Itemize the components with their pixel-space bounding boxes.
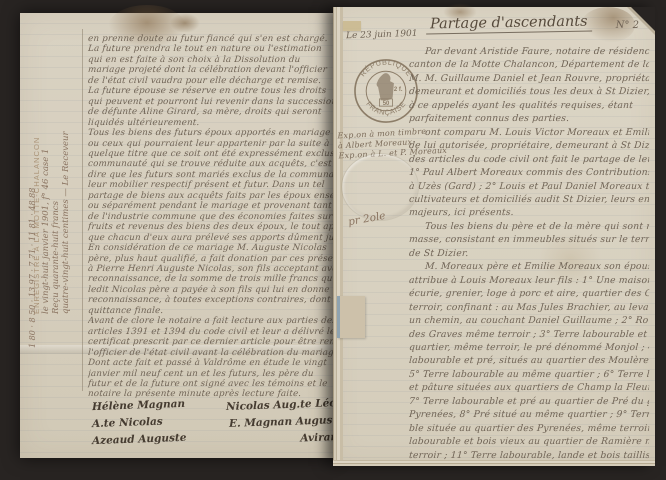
left-page: Enregistré à LA MOTTE-CHALANCON le vingt… (20, 13, 333, 458)
registration-stamp-line: quatre-vingt-huit centimes — Le Receveur (61, 22, 71, 314)
manuscript-line: masse, consistant en immeubles situés su… (409, 233, 650, 246)
manuscript-line: Dont acte fait et passé à Valdrôme en ét… (88, 358, 337, 368)
manuscript-line: en prenne doute au futur fiancé qui s'en… (88, 34, 337, 44)
manuscript-line: et pâture situées aux quartiers de Champ… (409, 381, 650, 394)
manuscript-line: reconnaissance, de la somme de trois mil… (88, 274, 337, 284)
manuscript-line: majeurs, ici présents. (409, 206, 650, 219)
registration-figures: 1 80 · 8 50 · 13 97 · 7 71 · 11 81 · 48 … (28, 224, 50, 348)
stamp-value-top: 2 f. (394, 87, 403, 93)
manuscript-line: La future épouse se réserve en outre tou… (88, 86, 337, 96)
manuscript-line: des articles du code civil ont fait le p… (409, 153, 650, 166)
manuscript-line: labourable et bois vieux au quartier de … (409, 435, 650, 448)
manuscript-line: cultivateurs et domiciliés audit St Dizi… (409, 193, 650, 206)
manuscript-line: qui en est faite à son choix à la Dissol… (88, 55, 337, 65)
page-title-text: Partage d'ascendants (426, 14, 592, 35)
manuscript-line: quelque titre que ce soit ont été expres… (88, 149, 337, 159)
stacked-page-edges (333, 7, 343, 466)
right-page: Partage d'ascendants N° 2 Le 23 juin 190… (333, 7, 655, 466)
left-page-text: en prenne doute au futur fiancé qui s'en… (88, 34, 336, 400)
signature-block: Hélène MagnanNicolas Aug.te LéonA.te Nic… (92, 399, 344, 445)
manuscript-line: fruits et revenus des biens des deux épo… (88, 222, 337, 232)
registration-stamp-line: Reçu quarante-huit francs (51, 22, 61, 314)
signature: Avirans (225, 431, 344, 447)
manuscript-line: des Graves même terroir ; 3° Terre labou… (409, 328, 650, 341)
manuscript-line: labourable et pré, situés au quartier de… (409, 354, 650, 367)
manuscript-line: canton de la Motte Chalancon, Départemen… (409, 58, 650, 71)
manuscript-line: futur et de la future ont signé avec les… (88, 379, 337, 389)
page-number: N° 2 (616, 20, 639, 31)
manuscript-line: écurie, grenier, loge à porc et aire, qu… (409, 287, 650, 300)
tape-fragment (343, 21, 361, 31)
tape-patch (337, 296, 365, 338)
manuscript-line: ble située au quartier des Pyrenées, mêm… (409, 422, 650, 435)
manuscript-line: ledit Nicolas père a payée à son fils qu… (88, 285, 337, 295)
stamp-figure (377, 73, 394, 100)
manuscript-line: liquidés ultérieurement. (88, 118, 337, 128)
margin-paraph: pr 2ole (347, 210, 386, 228)
manuscript-line: ou ceux qui pourraient leur appartenir p… (88, 139, 337, 149)
manuscript-line: attribue à Louis Moreaux leur fils : 1° … (409, 274, 650, 287)
manuscript-line: terroir ; 11° Terre labourable, lande et… (409, 449, 650, 462)
manuscript-line: qui peuvent et pourront lui revenir dans… (88, 97, 337, 107)
manuscript-line: Avant de clore le notaire a fait lecture… (88, 316, 337, 326)
stamp-value-bottom: 50 (383, 101, 390, 107)
manuscript-line: un chemin, au couchant Daniel Guillaume … (409, 314, 650, 327)
manuscript-line: l'officier de l'état civil avant la célé… (88, 348, 337, 358)
manuscript-line: à ce appelés ayant les qualités requises… (409, 99, 650, 112)
manuscript-line: partage de biens aux acquêts faits par l… (88, 191, 337, 201)
manuscript-line: parfaitement connus des parties. (409, 112, 650, 125)
manuscript-line: articles 1391 et 1394 du code civil et l… (88, 327, 337, 337)
manuscript-line: à Uzès (Gard) ; 2° Louis et Paul Daniel … (409, 180, 650, 193)
manuscript-line: quartier, même terroir, le pré dénommé M… (409, 341, 650, 354)
manuscript-line: M. Moreaux père et Emilie Moreaux son ép… (409, 260, 650, 273)
ink-stain (170, 13, 200, 33)
document-date: Le 23 juin 1901 (346, 29, 418, 41)
manuscript-line: à Pierre Henri Auguste Nicolas, son fils… (88, 264, 337, 274)
manuscript-line: En considération de ce mariage M. August… (88, 243, 337, 253)
manuscript-line: Par devant Aristide Faure, notaire de ré… (409, 45, 650, 58)
signature: Hélène Magnan (92, 397, 211, 413)
manuscript-line: Tous les biens des futurs époux apportés… (88, 128, 337, 138)
manuscript-line: dire que les futurs sont mariés exclus d… (88, 170, 337, 180)
manuscript-line: reconnaissance, à toutes exceptions cont… (88, 295, 337, 305)
signature: E. Magnan Auguste (225, 414, 344, 430)
manuscript-line: ont comparu M. Louis Victor Moreaux et E… (409, 126, 650, 139)
manuscript-line: demeurant et domiciliés tous les deux à … (409, 85, 650, 98)
manuscript-line: La future prendra le tout en nature ou l… (88, 44, 337, 54)
signature: Azeaud Auguste (92, 431, 211, 447)
page-title: Partage d'ascendants (421, 15, 597, 33)
signature: Nicolas Aug.te Léon (225, 397, 344, 413)
manuscript-line: que chacun d'eux aura prélevé ses apport… (88, 233, 337, 243)
manuscript-line: de défunte Aline Girard, sa mère, droits… (88, 107, 337, 117)
manuscript-line: Tous les biens du père et de la mère qui… (409, 220, 650, 233)
signature: A.te Nicolas (92, 414, 211, 430)
manuscript-line: communauté qui se trouve réduite aux acq… (88, 159, 337, 169)
manuscript-line: leur mobilier respectif présent et futur… (88, 180, 337, 190)
manuscript-line: Pyrenées, 8° Pré situé au même quartier … (409, 408, 650, 421)
manuscript-line: certificat prescrit par ce dernier artic… (88, 337, 337, 347)
manuscript-line: 1° Paul Albert Moreaux commis des Contri… (409, 166, 650, 179)
manuscript-line: de St Dizier. (409, 247, 650, 260)
right-page-text: Par devant Aristide Faure, notaire de ré… (409, 45, 649, 462)
manuscript-line: janvier mil neuf cent un et les futurs, … (88, 369, 337, 379)
manuscript-line: de l'état civil vaudra pour elle décharg… (88, 76, 337, 86)
manuscript-line: 7° Terre labourable et pré au quartier d… (409, 395, 650, 408)
manuscript-line: terroir, confinant : au Mas Jules Brachi… (409, 301, 650, 314)
manuscript-line: quittance finale. (88, 306, 337, 316)
manuscript-line: 5° Terre labourable au même quartier ; 6… (409, 368, 650, 381)
manuscript-line: ou séparément pendant le mariage et prov… (88, 201, 337, 211)
manuscript-line: mariage projeté dont la célébration deva… (88, 65, 337, 75)
manuscript-line: de lui autorisée, propriétaire, demeuran… (409, 139, 650, 152)
scanned-document: Enregistré à LA MOTTE-CHALANCON le vingt… (0, 0, 666, 480)
manuscript-line: de l'industrie commune que des économies… (88, 212, 337, 222)
manuscript-line: père, plus haut qualifié, a fait donatio… (88, 254, 337, 264)
manuscript-line: M. M. Guillaume Daniel et Jean Rouvre, p… (409, 72, 650, 85)
